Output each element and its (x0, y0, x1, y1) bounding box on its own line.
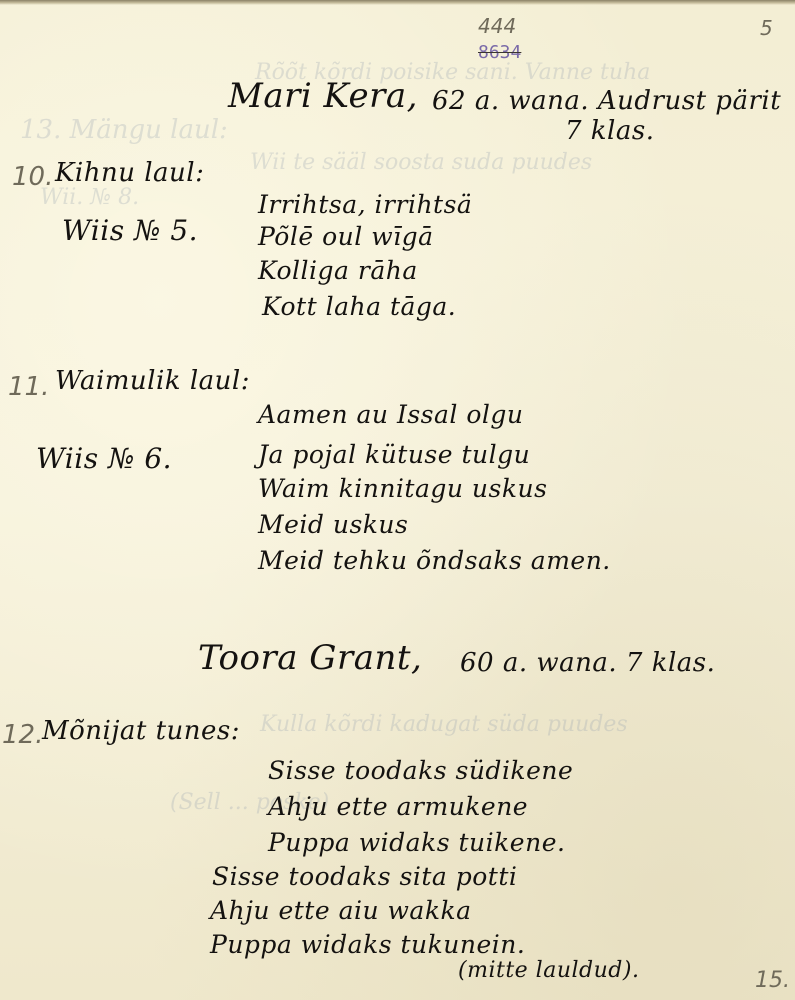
annotation-note: (mitte lauldud). (458, 958, 639, 983)
verse-line: Meid uskus (258, 510, 408, 539)
verse-line: Sisse toodaks sita potti (212, 862, 517, 891)
verse-line: Põlē oul wīgā (258, 222, 434, 251)
verse-line: Irrihtsa, irrihtsä (258, 190, 472, 219)
bleed-through-line: Wii te sääl soosta suda puudes (250, 150, 592, 175)
song-number: 11. (8, 372, 49, 402)
song-number: 12. (2, 720, 43, 750)
verse-line: Puppa widaks tukunein. (210, 930, 525, 959)
bottom-page-number: 15. (755, 968, 790, 993)
singer-name: Mari Kera, (228, 76, 418, 116)
verse-line: Puppa widaks tuikene. (268, 828, 565, 857)
manuscript-page: Rõõt kõrdi poisike sani. Vanne tuha 13. … (0, 0, 795, 1000)
singer-details: 62 a. wana. Audrust pärit (432, 86, 781, 116)
verse-line: Sisse toodaks südikene (268, 756, 573, 785)
verse-line: Waim kinnitagu uskus (258, 474, 547, 503)
song-title: Waimulik laul: (55, 366, 250, 396)
song-number: 10. (12, 162, 53, 192)
verse-line: Kolliga rāha (258, 256, 418, 285)
page-number: 5 (760, 16, 773, 40)
archive-number: 444 (478, 14, 516, 38)
tune-reference: Wiis № 5. (62, 214, 198, 247)
bleed-through-line: 13. Mängu laul: (20, 115, 228, 145)
singer-class: 7 klas. (565, 116, 655, 146)
verse-line: Ja pojal kütuse tulgu (258, 440, 530, 469)
struck-stamp-number: 8634 (478, 42, 521, 63)
singer-name: Toora Grant, (198, 638, 422, 678)
tune-reference: Wiis № 6. (36, 442, 172, 475)
singer-details: 60 a. wana. 7 klas. (460, 648, 715, 678)
song-title: Mõnijat tunes: (42, 716, 240, 746)
verse-line: Ahju ette aiu wakka (210, 896, 472, 925)
song-title: Kihnu laul: (55, 158, 204, 188)
bleed-through-line: Wii. № 8. (40, 185, 139, 210)
verse-line: Aamen au Issal olgu (258, 400, 524, 429)
verse-line: Meid tehku õndsaks amen. (258, 546, 611, 575)
verse-line: Kott laha tāga. (262, 292, 456, 321)
page-top-edge (0, 0, 795, 5)
bleed-through-line: Kulla kõrdi kadugat süda puudes (260, 712, 628, 737)
verse-line: Ahju ette armukene (268, 792, 528, 821)
